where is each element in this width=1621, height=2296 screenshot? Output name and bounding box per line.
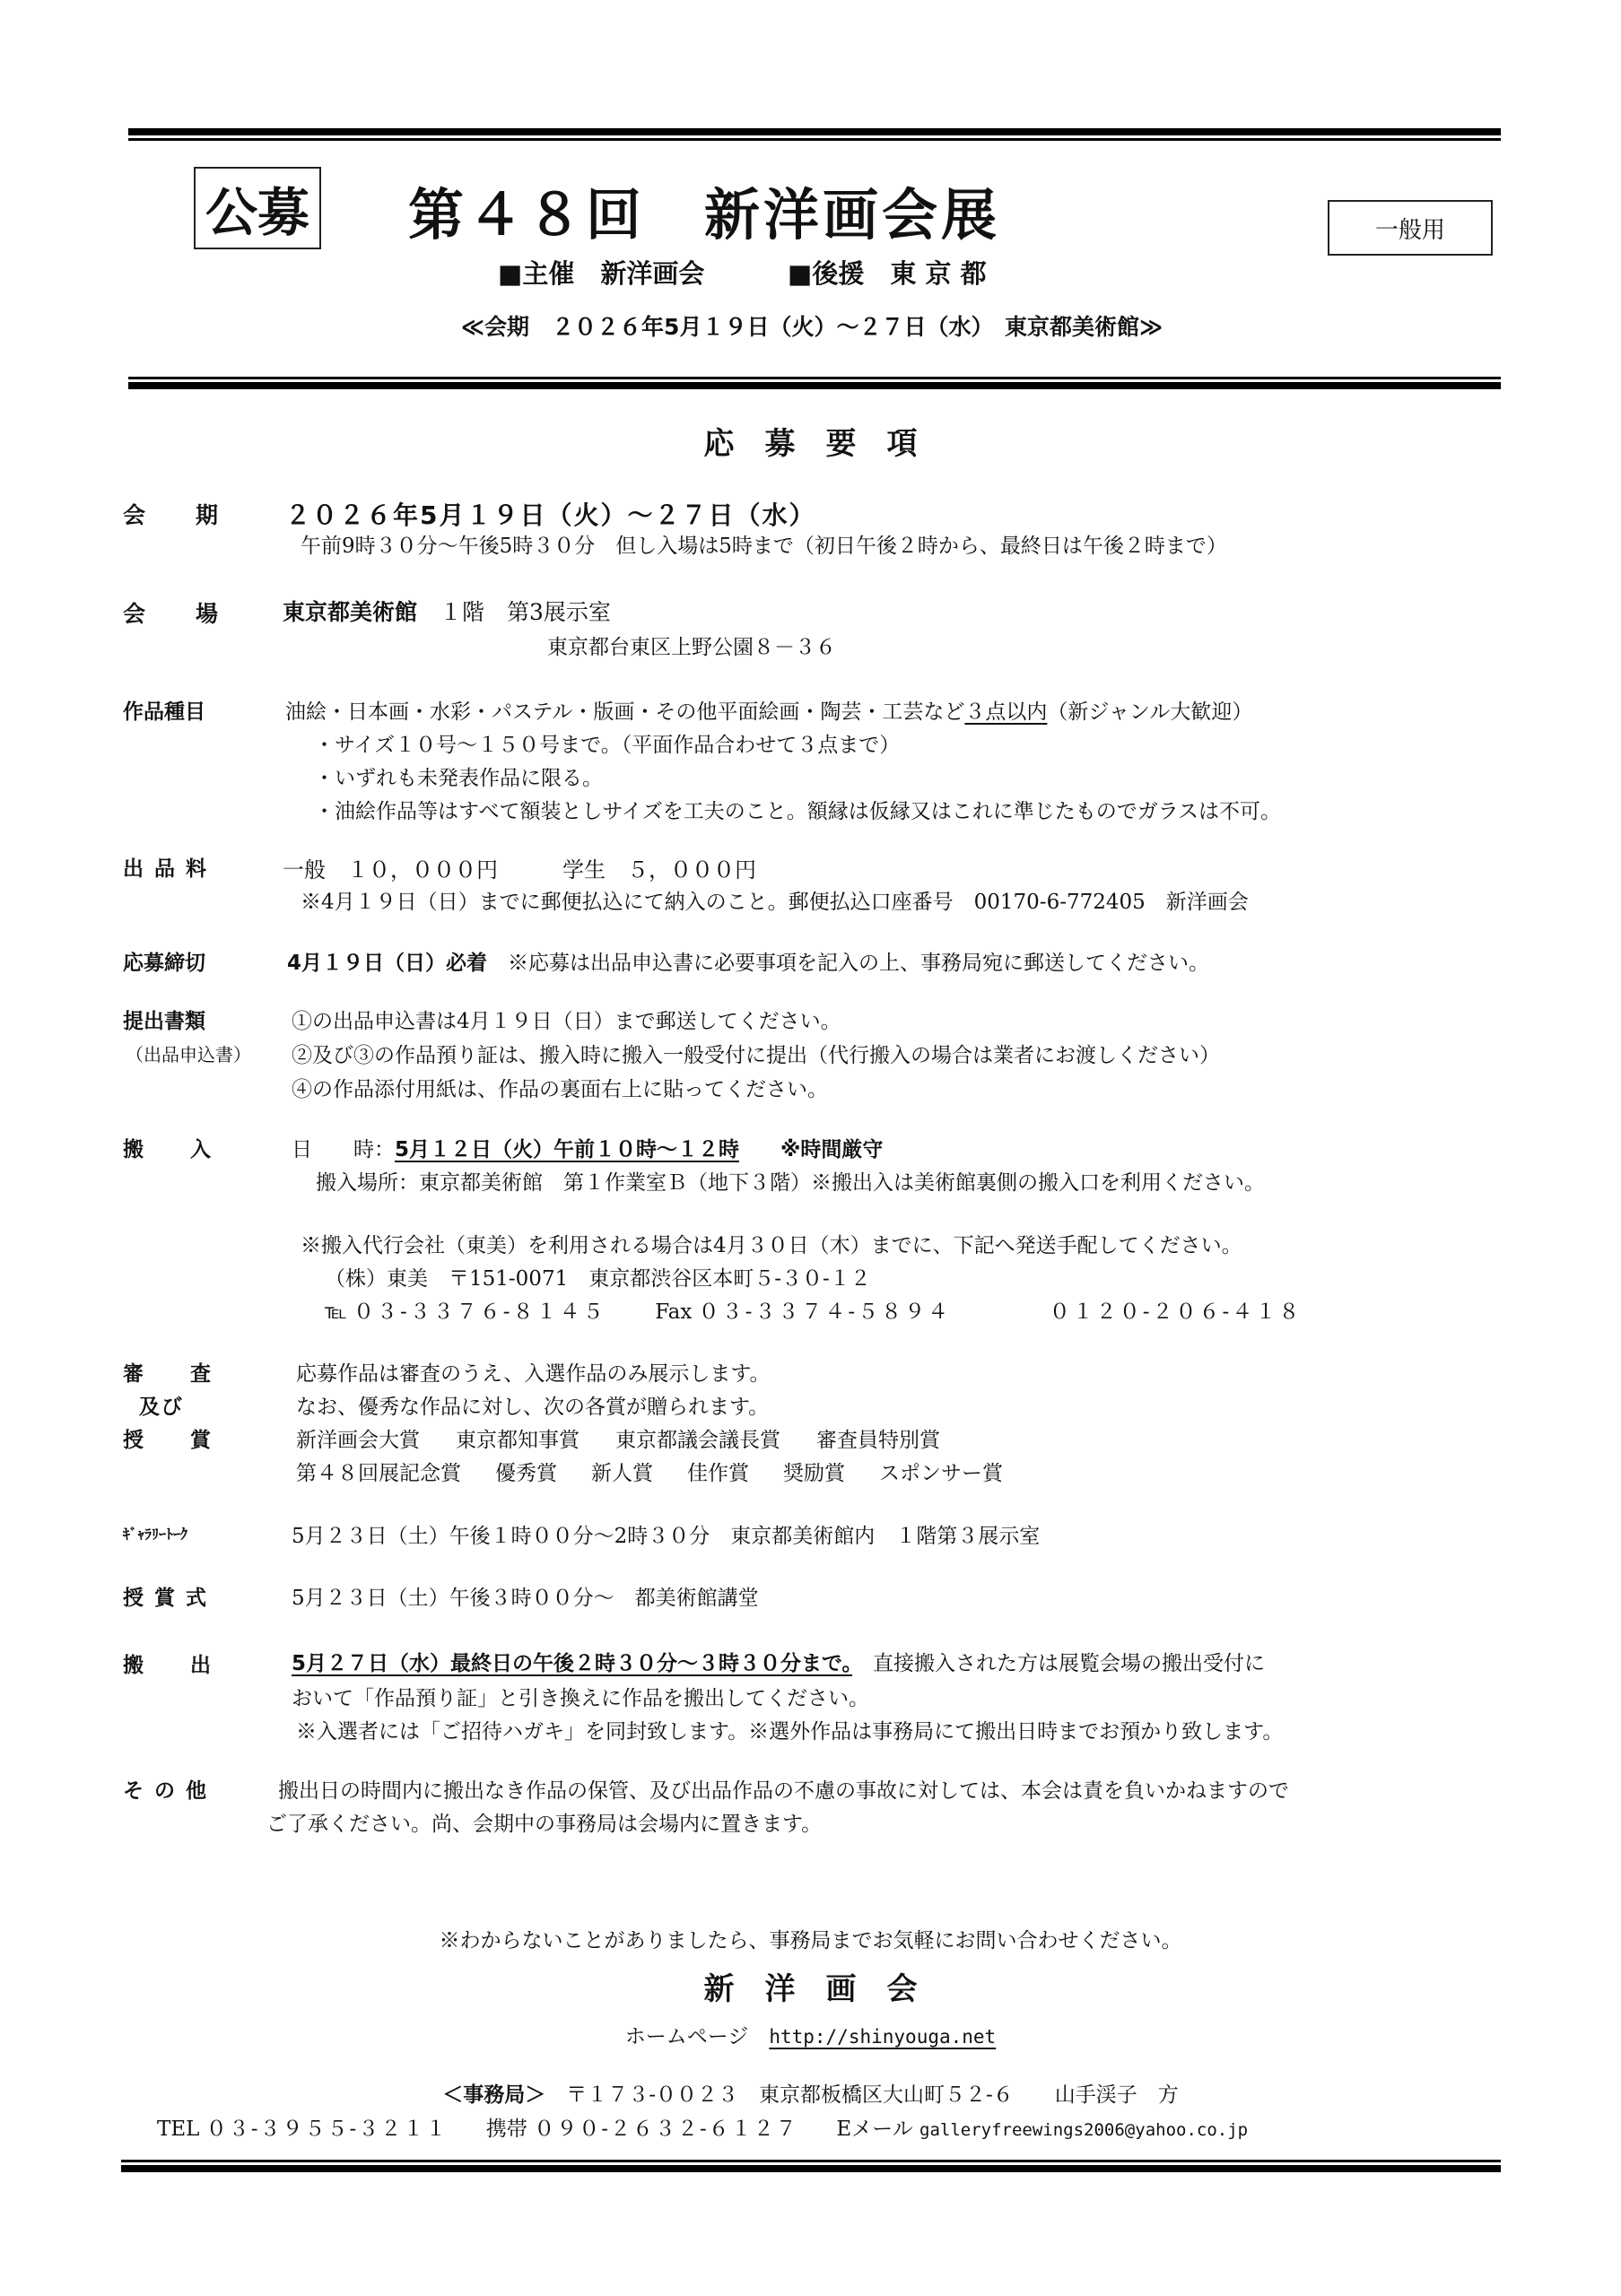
- label-documents: 提出書類: [123, 1004, 205, 1034]
- label-other: そ の 他: [123, 1774, 208, 1804]
- inquiry-note: ※わからないことがありましたら、事務局までお気軽にお問い合わせください。: [0, 1924, 1621, 1953]
- award-encouragement: 奨励賞: [783, 1462, 845, 1485]
- office-tel-label: TEL: [157, 2118, 199, 2141]
- office-address: ＜事務局＞ 〒１７３-００２３ 東京都板橋区大山町５２-６ 山手渓子 方: [0, 2078, 1621, 2108]
- label-judging: 審 査: [123, 1357, 213, 1387]
- office-email[interactable]: galleryfreewings2006@yahoo.co.jp: [919, 2120, 1248, 2140]
- gallery-talk-detail: 5月２３日（土）午後１時００分～2時３０分 東京都美術館内 １階第３展示室: [292, 1519, 1040, 1549]
- label-kaiki: 会 期: [123, 498, 220, 530]
- office-mobile-label: 携帯: [486, 2118, 527, 2141]
- general-use-tag: 一般用: [1328, 200, 1493, 256]
- kaiki-hours: 午前9時３０分～午後5時３０分 但し入場は5時まで（初日午後２時から、最終日は午…: [301, 529, 1227, 559]
- award-sponsor: スポンサー賞: [879, 1462, 1003, 1485]
- homepage: ホームページ http://shinyouga.net: [0, 2020, 1621, 2049]
- general-use-tag-label: 一般用: [1375, 212, 1445, 245]
- delivery-agent-tel: ０３-３３７６-８１４５: [353, 1300, 606, 1324]
- delivery-place: 搬入場所：東京都美術館 第１作業室Ｂ（地下３階）※搬出入は美術館裏側の搬入口を利…: [316, 1166, 1265, 1196]
- sakuhin-bullet-unpublished: ・いずれも未発表作品に限る。: [314, 761, 603, 791]
- other-line-1: 搬出日の時間内に搬出なき作品の保管、及び出品作品の不慮の事故に対しては、本会は責…: [278, 1774, 1289, 1804]
- judging-line-2: なお、優秀な作品に対し、次の各賞が贈られます。: [296, 1390, 769, 1420]
- label-kaijou: 会 場: [123, 596, 220, 629]
- delivery-agent-tel-label: ℡: [325, 1300, 347, 1324]
- award-ceremony-detail: 5月２３日（土）午後３時００分～ 都美術館講堂: [292, 1581, 759, 1611]
- label-and: 及び: [139, 1390, 184, 1420]
- sakuhin-bullet-frame: ・油絵作品等はすべて額装としサイズを工夫のこと。額縁は仮縁又はこれに準じたもので…: [314, 795, 1281, 824]
- delivery-agent-contacts: ℡ ０３-３３７６-８１４５ Fax ０３-３３７４-５８９４ ０１２０-２０６…: [325, 1295, 1302, 1325]
- documents-line-1: ①の出品申込書は4月１９日（日）まで郵送してください。: [292, 1004, 841, 1034]
- documents-line-3: ④の作品添付用紙は、作品の裏面右上に貼ってください。: [292, 1073, 828, 1102]
- delivery-time-strict: ※時間厳守: [780, 1138, 883, 1161]
- section-title: 応 募 要 項: [0, 419, 1621, 463]
- sakuhin-limit: ３点以内: [964, 700, 1047, 724]
- kaiki-dates: ２０２６年5月１９日（火）～２７日（水）: [285, 496, 816, 532]
- kaijou-venue-room: １階 第3展示室: [417, 599, 611, 625]
- fee-payment-note: ※4月１９日（日）までに郵便払込にて納入のこと。郵便払込口座番号 00170-6…: [301, 885, 1249, 915]
- awards-row-1: 新洋画会大賞東京都知事賞東京都議会議長賞審査員特別賞: [296, 1423, 940, 1453]
- delivery-agent-address: （株）東美 〒151-0071 東京都渋谷区本町５-３０-１２: [325, 1262, 871, 1291]
- delivery-agent-fax: ０３-３３７４-５８９４: [699, 1300, 952, 1324]
- label-awards: 授 賞: [123, 1423, 213, 1453]
- office-tel: ０３-３９５５-３２１１: [206, 2118, 449, 2141]
- sponsor: ■後援 東 京 都: [788, 254, 987, 291]
- fee-amounts: 一般 １０，０００円 学生 ５，０００円: [283, 852, 756, 883]
- bottom-rule: [121, 2160, 1501, 2172]
- delivery-agent-freedial: ０１２０-２０６-４１８: [1050, 1300, 1303, 1324]
- judging-line-1: 応募作品は審査のうえ、入選作品のみ展示します。: [296, 1357, 771, 1387]
- kaijou-venue-name: 東京都美術館: [283, 599, 417, 625]
- deadline-date: 4月１９日（日）必着: [287, 952, 487, 975]
- delivery-datetime-value: 5月１２日（火）午前１０時～１２時: [395, 1138, 739, 1161]
- header-bottom-rule: [128, 377, 1501, 389]
- label-deadline: 応募締切: [123, 946, 205, 976]
- sakuhin-types-text: 油絵・日本画・水彩・パステル・版画・その他平面絵画・陶芸・工芸など: [285, 700, 964, 724]
- label-gallery-talk: ｷﾞｬﾗﾘｰﾄｰｸ: [123, 1523, 187, 1544]
- office-contacts: TEL ０３-３９５５-３２１１ 携帯 ０９０-２６３２-６１２７ Eメール g…: [157, 2112, 1248, 2142]
- deadline-note: ※応募は出品申込書に必要事項を記入の上、事務局宛に郵送してください。: [508, 952, 1209, 975]
- award-grand-prize: 新洋画会大賞: [296, 1429, 420, 1452]
- label-fee: 出 品 料: [123, 852, 208, 882]
- award-commemorative: 第４８回展記念賞: [296, 1462, 461, 1485]
- exhibition-title: 第４８回 新洋画会展: [408, 170, 1000, 250]
- organizer: ■主催 新洋画会: [498, 254, 704, 291]
- homepage-label: ホームページ: [625, 2025, 749, 2048]
- label-delivery: 搬 入: [123, 1133, 213, 1162]
- deadline: 4月１９日（日）必着 ※応募は出品申込書に必要事項を記入の上、事務局宛に郵送して…: [287, 946, 1209, 976]
- award-governor: 東京都知事賞: [456, 1429, 580, 1452]
- collection-line-2: おいて「作品預り証」と引き換えに作品を搬出してください。: [292, 1682, 869, 1711]
- delivery-agent-note: ※搬入代行会社（東美）を利用される場合は4月３０日（木）までに、下記へ発送手配し…: [301, 1229, 1242, 1258]
- office-mobile: ０９０-２６３２-６１２７: [534, 2118, 798, 2141]
- collection-datetime: 5月２７日（水）最終日の午後２時３０分～３時３０分まで。: [292, 1652, 852, 1675]
- office-address-text: 〒１７３-００２３ 東京都板橋区大山町５２-６ 山手渓子 方: [566, 2083, 1179, 2107]
- org-name: 新 洋 画 会: [0, 1964, 1621, 2008]
- sakuhin-types: 油絵・日本画・水彩・パステル・版画・その他平面絵画・陶芸・工芸など３点以内（新ジ…: [285, 695, 1252, 725]
- label-award-ceremony: 授 賞 式: [123, 1581, 208, 1611]
- homepage-link[interactable]: http://shinyouga.net: [769, 2026, 996, 2048]
- award-excellence: 優秀賞: [495, 1462, 557, 1485]
- label-sakuhin: 作品種目: [123, 695, 205, 725]
- koubo-badge: 公募: [194, 167, 321, 249]
- collection-line-1: 5月２７日（水）最終日の午後２時３０分～３時３０分まで。 直接搬入された方は展覧…: [292, 1647, 1265, 1676]
- top-rule: [128, 128, 1501, 141]
- label-collection: 搬 出: [123, 1648, 213, 1678]
- office-label: ＜事務局＞: [442, 2083, 545, 2107]
- award-jury-special: 審査員特別賞: [816, 1429, 940, 1452]
- sakuhin-new-genre: （新ジャンル大歓迎）: [1047, 700, 1252, 724]
- kaijou-address: 東京都台東区上野公園８－３６: [547, 631, 836, 660]
- award-honorable: 佳作賞: [687, 1462, 749, 1485]
- award-newcomer: 新人賞: [591, 1462, 653, 1485]
- awards-row-2: 第４８回展記念賞優秀賞新人賞佳作賞奨励賞スポンサー賞: [296, 1457, 1003, 1486]
- delivery-datetime-label: 日 時：: [292, 1138, 395, 1161]
- collection-line-3: ※入選者には「ご招待ハガキ」を同封致します。※選外作品は事務局にて搬出日時までお…: [296, 1715, 1283, 1744]
- delivery-agent-fax-label: Fax: [655, 1300, 692, 1324]
- exhibition-period: ≪会期 ２０２６年5月１９日（火）～２７日（水） 東京都美術館≫: [184, 309, 1440, 342]
- documents-line-2: ②及び③の作品預り証は、搬入時に搬入一般受付に提出（代行搬入の場合は業者にお渡し…: [292, 1039, 1220, 1068]
- documents-sublabel: （出品申込書）: [126, 1040, 251, 1066]
- delivery-datetime: 日 時：5月１２日（火）午前１０時～１２時 ※時間厳守: [292, 1133, 883, 1162]
- collection-direct-note: 直接搬入された方は展覧会場の搬出受付に: [852, 1652, 1265, 1675]
- other-line-2: ご了承ください。尚、会期中の事務局は会場内に置きます。: [266, 1807, 822, 1837]
- kaijou-venue: 東京都美術館 １階 第3展示室: [283, 595, 611, 627]
- sakuhin-bullet-size: ・サイズ１０号～１５０号まで。（平面作品合わせて３点まで）: [314, 728, 900, 758]
- award-assembly-chair: 東京都議会議長賞: [615, 1429, 780, 1452]
- koubo-badge-label: 公募: [205, 170, 309, 246]
- office-email-label: Eメール: [836, 2118, 912, 2141]
